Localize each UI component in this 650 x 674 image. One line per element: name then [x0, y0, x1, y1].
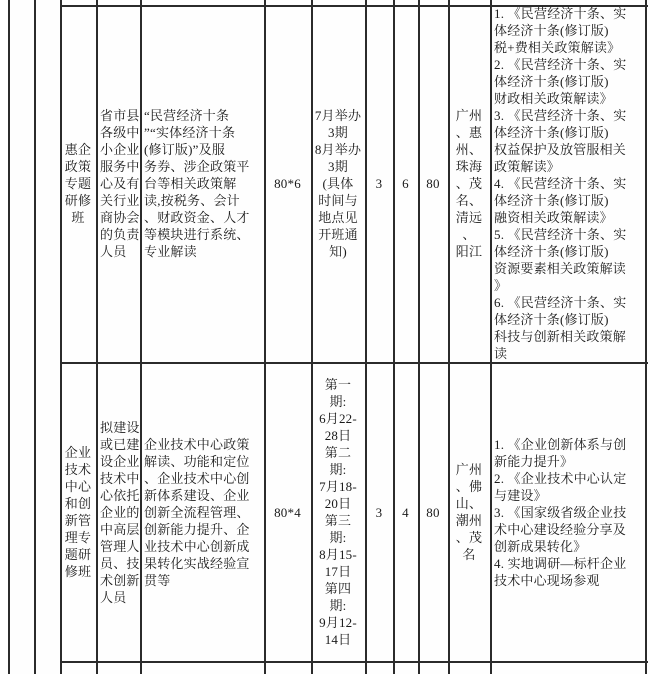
cell-audience: 省市县 各级中 小企业 服务中 心及有 关行业 商协会 的负责 人员 — [96, 5, 140, 362]
content-text: 企业技术中心政策 解读、功能和定位 、企业技术中心创 新体系建设、企业 创新全流… — [144, 436, 250, 589]
cell-sessions: 4 — [393, 362, 418, 662]
cell-participants: 80 — [418, 362, 448, 662]
table-grid-line — [60, 661, 648, 663]
table-grid-line — [365, 0, 367, 674]
outer-grid-line — [34, 0, 36, 674]
days-text: 3 — [376, 504, 383, 521]
cell-scale: 80*4 — [264, 362, 311, 662]
table-grid-line — [448, 0, 450, 674]
locations-text: 广州 、惠 州、 珠海 、茂 名、 清远 、 阳江 — [456, 107, 482, 260]
participants-text: 80 — [426, 504, 439, 521]
cell-schedule: 第一 期: 6月22- 28日 第二 期: 7月18- 20日 第三 期: 8月… — [311, 362, 365, 662]
cell-sessions: 6 — [393, 5, 418, 362]
cell-courses: 1. 《企业创新体系与创 新能力提升》 2. 《企业技术中心认定 与建设》 3.… — [490, 362, 646, 662]
table-grid-line — [140, 0, 142, 674]
class-name-text: 惠企 政策 专题 研修 班 — [65, 141, 91, 226]
courses-text: 1. 《民营经济十条、实 体经济十条(修订版) 税+费相关政策解读》 2. 《民… — [494, 5, 626, 362]
cell-audience: 拟建设 或已建 设企业 技术中 心依托 企业的 中高层 管理人 员、技 术创新 … — [96, 362, 140, 662]
table-grid-line — [490, 0, 492, 674]
table-grid-line — [311, 0, 313, 674]
table-grid-line — [264, 0, 266, 674]
cell-locations: 广州 、佛 山、 潮州 、茂 名 — [448, 362, 490, 662]
cell-courses: 1. 《民营经济十条、实 体经济十条(修订版) 税+费相关政策解读》 2. 《民… — [490, 5, 646, 362]
cell-days: 3 — [365, 5, 393, 362]
cell-participants: 80 — [418, 5, 448, 362]
locations-text: 广州 、佛 山、 潮州 、茂 名 — [456, 461, 482, 563]
table-grid-line — [60, 0, 62, 674]
table-grid-line — [418, 0, 420, 674]
schedule-text: 第一 期: 6月22- 28日 第二 期: 7月18- 20日 第三 期: 8月… — [319, 376, 357, 648]
cell-content: 企业技术中心政策 解读、功能和定位 、企业技术中心创 新体系建设、企业 创新全流… — [140, 362, 264, 662]
outer-grid-line — [8, 0, 10, 674]
audience-text: 拟建设 或已建 设企业 技术中 心依托 企业的 中高层 管理人 员、技 术创新 … — [100, 419, 140, 606]
sessions-text: 4 — [402, 504, 409, 521]
scale-text: 80*6 — [274, 175, 301, 192]
cell-scale: 80*6 — [264, 5, 311, 362]
scale-text: 80*4 — [274, 504, 301, 521]
sessions-text: 6 — [402, 175, 409, 192]
document-page: 惠企 政策 专题 研修 班 省市县 各级中 小企业 服务中 心及有 关行业 商协… — [0, 0, 650, 674]
table-grid-line — [393, 0, 395, 674]
cell-content: “民营经济十条 ”“实体经济十条 (修订版)”及服 务券、涉企政策平 台等相关政… — [140, 5, 264, 362]
table-grid-line — [96, 0, 98, 674]
table-grid-line — [645, 0, 647, 674]
table-grid-line — [60, 362, 648, 364]
participants-text: 80 — [426, 175, 439, 192]
audience-text: 省市县 各级中 小企业 服务中 心及有 关行业 商协会 的负责 人员 — [100, 107, 140, 260]
cell-schedule: 7月举办 3期 8月举办 3期 (具体 时间与 地点见 开班通 知) — [311, 5, 365, 362]
class-name-text: 企业 技术 中心 和创 新管 理专 题研 修班 — [65, 444, 91, 580]
table-grid-line — [60, 5, 648, 7]
cell-class-name: 企业 技术 中心 和创 新管 理专 题研 修班 — [60, 362, 96, 662]
cell-locations: 广州 、惠 州、 珠海 、茂 名、 清远 、 阳江 — [448, 5, 490, 362]
content-text: “民营经济十条 ”“实体经济十条 (修订版)”及服 务券、涉企政策平 台等相关政… — [144, 107, 250, 260]
days-text: 3 — [376, 175, 383, 192]
cell-days: 3 — [365, 362, 393, 662]
schedule-text: 7月举办 3期 8月举办 3期 (具体 时间与 地点见 开班通 知) — [315, 107, 361, 260]
courses-text: 1. 《企业创新体系与创 新能力提升》 2. 《企业技术中心认定 与建设》 3.… — [494, 436, 626, 589]
cell-class-name: 惠企 政策 专题 研修 班 — [60, 5, 96, 362]
